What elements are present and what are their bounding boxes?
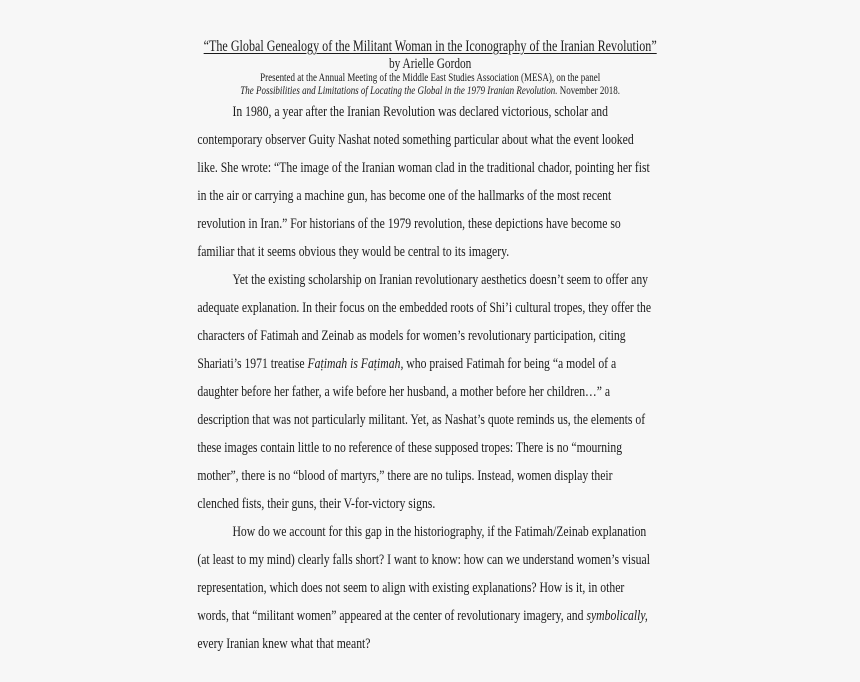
body-line: In 1980, a year after the Iranian Revolu… (197, 98, 696, 126)
text-segment: clenched fists, their guns, their V-for-… (197, 496, 435, 512)
text-segment: like. She wrote: “The image of the Irani… (197, 160, 649, 176)
document-content: “The Global Genealogy of the Militant Wo… (0, 0, 860, 658)
text-segment: revolution in Iran.” For historians of t… (197, 216, 620, 232)
italic-text-segment: Faṭimah is Faṭimah, (307, 356, 403, 372)
body-line: description that was not particularly mi… (197, 406, 696, 434)
text-segment: words, that “militant women” appeared at… (197, 608, 586, 624)
text-segment: contemporary observer Guity Nashat noted… (197, 132, 633, 148)
text-segment: familiar that it seems obvious they woul… (197, 244, 509, 260)
text-segment: In 1980, a year after the Iranian Revolu… (232, 104, 608, 120)
text-segment: characters of Fatimah and Zeinab as mode… (197, 328, 625, 344)
text-segment: (at least to my mind) clearly falls shor… (197, 552, 650, 568)
text-segment: mother”, there is no “blood of martyrs,”… (197, 468, 612, 484)
body-line: mother”, there is no “blood of martyrs,”… (197, 462, 696, 490)
byline: by Arielle Gordon (0, 56, 860, 72)
body-line: like. She wrote: “The image of the Irani… (197, 154, 696, 182)
text-segment: adequate explanation. In their focus on … (197, 300, 651, 316)
body-line: in the air or carrying a machine gun, ha… (197, 182, 696, 210)
body-line: characters of Fatimah and Zeinab as mode… (197, 322, 696, 350)
body-line: familiar that it seems obvious they woul… (197, 238, 696, 266)
panel-title: The Possibilities and Limitations of Loc… (240, 85, 557, 97)
text-segment: in the air or carrying a machine gun, ha… (197, 188, 611, 204)
presentation-note: Presented at the Annual Meeting of the M… (0, 72, 860, 85)
text-segment: How do we account for this gap in the hi… (232, 524, 646, 540)
body-line: daughter before her father, a wife befor… (197, 378, 696, 406)
document-title: “The Global Genealogy of the Militant Wo… (0, 38, 860, 56)
body-line: representation, which does not seem to a… (197, 574, 696, 602)
body-line: adequate explanation. In their focus on … (197, 294, 696, 322)
body-line: contemporary observer Guity Nashat noted… (197, 126, 696, 154)
text-segment: Yet the existing scholarship on Iranian … (232, 272, 648, 288)
body-line: Shariati’s 1971 treatise Faṭimah is Faṭi… (197, 350, 696, 378)
body-line: clenched fists, their guns, their V-for-… (197, 490, 696, 518)
text-segment: who praised Fatimah for being “a model o… (403, 356, 616, 372)
body-line: revolution in Iran.” For historians of t… (197, 210, 696, 238)
document-header: “The Global Genealogy of the Militant Wo… (0, 0, 860, 98)
italic-text-segment: symbolically, (586, 608, 647, 624)
body-line: these images contain little to no refere… (197, 434, 696, 462)
text-segment: daughter before her father, a wife befor… (197, 384, 610, 400)
body-line: every Iranian knew what that meant? (197, 630, 696, 658)
text-segment: Shariati’s 1971 treatise (197, 356, 307, 372)
text-segment: representation, which does not seem to a… (197, 580, 624, 596)
body-line: words, that “militant women” appeared at… (197, 602, 696, 630)
document-page: “The Global Genealogy of the Militant Wo… (0, 0, 860, 682)
panel-line: The Possibilities and Limitations of Loc… (0, 85, 860, 98)
text-segment: these images contain little to no refere… (197, 440, 622, 456)
body-line: How do we account for this gap in the hi… (197, 518, 696, 546)
body-line: (at least to my mind) clearly falls shor… (197, 546, 696, 574)
panel-date: November 2018. (557, 85, 620, 97)
document-body: In 1980, a year after the Iranian Revolu… (197, 98, 696, 658)
body-line: Yet the existing scholarship on Iranian … (197, 266, 696, 294)
text-segment: every Iranian knew what that meant? (197, 636, 370, 652)
text-segment: description that was not particularly mi… (197, 412, 645, 428)
